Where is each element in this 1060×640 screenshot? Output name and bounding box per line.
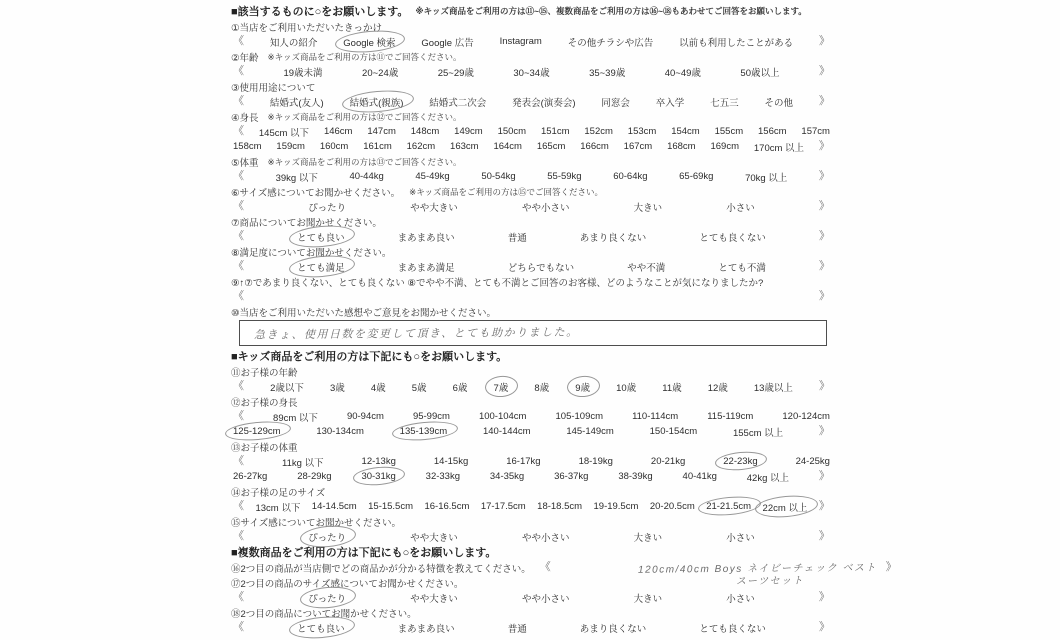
question-label: ⑩当店をご利用いただいた感想やご意見をお聞かせください。 — [231, 304, 832, 319]
option: 発表会(演奏会) — [512, 95, 575, 109]
option: 40~49歳 — [665, 65, 701, 79]
option: 11歳 — [662, 380, 681, 394]
option: ぴったり — [308, 200, 346, 214]
close-bracket: 》 — [819, 531, 830, 542]
question-text: ⑪お子様の年齢 — [231, 365, 298, 379]
close-bracket: 》 — [819, 592, 830, 603]
question-label: ⑨↑⑦であまり良くない、とても良くない ⑧でやや不満、とても不満とご回答のお客様… — [231, 274, 832, 289]
question-label: ⑤体重※キッズ商品をご利用の方は⑬でご回答ください。 — [231, 154, 832, 169]
option: 157cm — [801, 126, 830, 137]
options-row: 158cm159cm160cm161cm162cm163cm164cm165cm… — [231, 139, 832, 154]
question-text: ②年齢 — [231, 50, 259, 64]
section-header: ■該当するものに○をお願いします。※キッズ商品をご利用の方は⑪~⑮、複数商品をご… — [231, 3, 832, 19]
option: 146cm — [324, 126, 353, 137]
option: 167cm — [624, 141, 653, 152]
option-circled: とても良い — [297, 621, 345, 635]
question-text: ⑧満足度についてお聞かせください。 — [231, 245, 391, 259]
option: 151cm — [541, 126, 570, 137]
option: 12-13kg — [362, 456, 396, 467]
close-bracket: 》 — [819, 622, 830, 633]
question-text: ⑨↑⑦であまり良くない、とても良くない ⑧でやや不満、とても不満とご回答のお客様… — [231, 275, 763, 289]
option: 159cm — [276, 141, 305, 152]
question-text: ①当店をご利用いただいたきっかけ — [231, 20, 382, 34]
option: 163cm — [450, 141, 479, 152]
option: 162cm — [407, 141, 436, 152]
handwritten-answer: 120cm/40cm Boys ネイビーチェック ベスト — [560, 559, 877, 577]
option-circled: とても良い — [297, 230, 345, 244]
option: 130-134cm — [316, 426, 364, 437]
option: 90-94cm — [347, 411, 384, 422]
option: 150-154cm — [650, 426, 698, 437]
option: 158cm — [233, 141, 262, 152]
question-text: ⑫お子様の身長 — [231, 395, 298, 409]
close-bracket: 》 — [819, 231, 830, 242]
question-label: ⑪お子様の年齢 — [231, 364, 832, 379]
option: 155cm 以上 — [733, 425, 783, 439]
option: 161cm — [363, 141, 392, 152]
option: 16-16.5cm — [424, 501, 469, 512]
option: 25~29歳 — [438, 65, 474, 79]
option: 16-17kg — [506, 456, 540, 467]
option: どちらでもない — [508, 260, 574, 274]
option: 169cm — [710, 141, 739, 152]
option: まあまあ良い — [398, 621, 455, 635]
option: とても不満 — [718, 260, 766, 274]
option: 145cm 以下 — [259, 125, 309, 139]
option: 以前も利用したことがある — [679, 35, 793, 49]
close-bracket: 》 — [819, 381, 830, 392]
options-row: 《とても良いまあまあ良い普通あまり良くないとても良くない》 — [231, 620, 832, 635]
close-bracket: 》 — [819, 471, 830, 482]
option: 14-15kg — [434, 456, 468, 467]
close-bracket: 》 — [819, 261, 830, 272]
option: 35~39歳 — [589, 65, 625, 79]
option: 34-35kg — [490, 471, 524, 482]
question-note: ※キッズ商品をご利用の方は⑬でご回答ください。 — [268, 156, 462, 168]
option: 19-19.5cm — [594, 501, 639, 512]
option: 39kg 以下 — [276, 170, 318, 184]
option: 95-99cm — [413, 411, 450, 422]
option: 55-59kg — [547, 171, 581, 182]
option-circled: 7歳 — [493, 380, 508, 394]
option: 大きい — [634, 530, 663, 544]
option: 70kg 以上 — [745, 170, 787, 184]
option-circled: 30-31kg — [361, 471, 395, 482]
options-row: 《145cm 以下146cm147cm148cm149cm150cm151cm1… — [231, 124, 832, 139]
option: Instagram — [500, 36, 542, 47]
option-circled: 22-23kg — [723, 456, 757, 467]
question-label: ⑥サイズ感についてお聞かせください。※キッズ商品をご利用の方は⑮でご回答ください… — [231, 184, 832, 199]
question-text: ④身長 — [231, 110, 259, 124]
options-row: 26-27kg28-29kg30-31kg32-33kg34-35kg36-37… — [231, 469, 832, 484]
options-row: 《》 — [231, 289, 832, 304]
option-circled: ぴったり — [308, 591, 346, 605]
open-bracket: 《 — [233, 456, 244, 467]
option-circled: 22cm 以上 — [763, 500, 808, 514]
open-bracket: 《 — [233, 171, 244, 182]
option: 13歳以上 — [754, 380, 793, 394]
option: その他 — [765, 95, 794, 109]
option: 普通 — [508, 230, 527, 244]
option: 40-44kg — [349, 171, 383, 182]
open-bracket: 《 — [233, 501, 244, 512]
option: 小さい — [726, 200, 755, 214]
option: あまり良くない — [580, 621, 647, 635]
option: やや大きい — [410, 200, 458, 214]
question-label: ①当店をご利用いただいたきっかけ — [231, 19, 832, 34]
option: 170cm 以上 — [754, 140, 804, 154]
option: 110-114cm — [632, 411, 678, 422]
question-label: ⑭お子様の足のサイズ — [231, 484, 832, 499]
question-label: ⑮サイズ感についてお聞かせください。 — [231, 514, 832, 529]
option: とても良くない — [699, 230, 766, 244]
open-bracket: 《 — [233, 531, 244, 542]
comment-box: 急きょ、使用日数を変更して頂き、とても助かりました。 — [239, 320, 827, 346]
option: 38-39kg — [618, 471, 652, 482]
question-text: ⑤体重 — [231, 155, 259, 169]
close-bracket: 》 — [819, 171, 830, 182]
option-circled: 9歳 — [575, 380, 590, 394]
question-text: ⑱2つ目の商品についてお聞かせください。 — [231, 606, 417, 620]
option-circled: ぴったり — [308, 530, 346, 544]
close-bracket: 》 — [886, 562, 897, 573]
question-label: ④身長※キッズ商品をご利用の方は⑫でご回答ください。 — [231, 109, 832, 124]
option: まあまあ満足 — [398, 260, 455, 274]
option: 小さい — [726, 530, 755, 544]
question-note: ※キッズ商品をご利用の方は⑮でご回答ください。 — [409, 186, 603, 198]
section-header-text: ■複数商品をご利用の方は下記にも○をお願いします。 — [231, 544, 496, 560]
option: やや不満 — [627, 260, 665, 274]
option: その他チラシや広告 — [568, 35, 654, 49]
option: まあまあ良い — [398, 230, 455, 244]
section-header: ■複数商品をご利用の方は下記にも○をお願いします。 — [231, 544, 832, 560]
open-bracket: 《 — [233, 66, 244, 77]
option: 4歳 — [371, 380, 386, 394]
section-header: ■キッズ商品をご利用の方は下記にも○をお願いします。 — [231, 348, 832, 364]
question-text: ⑮サイズ感についてお聞かせください。 — [231, 515, 401, 529]
close-bracket: 》 — [819, 66, 830, 77]
option: 18-18.5cm — [537, 501, 582, 512]
option-circled: 21-21.5cm — [706, 501, 751, 512]
options-row: 《89cm 以下90-94cm95-99cm100-104cm105-109cm… — [231, 409, 832, 424]
option-circled: 135-139cm — [400, 426, 448, 437]
option: 60-64kg — [613, 171, 647, 182]
option-circled: Google 検索 — [343, 35, 395, 49]
open-bracket: 《 — [233, 36, 244, 47]
option: 知人の紹介 — [270, 35, 318, 49]
survey-sheet: ■該当するものに○をお願いします。※キッズ商品をご利用の方は⑪~⑮、複数商品をご… — [231, 3, 832, 635]
option: 18-19kg — [579, 456, 613, 467]
option: 結婚式二次会 — [429, 95, 486, 109]
option: やや小さい — [522, 591, 570, 605]
handwritten-answer-line2: スーツセット — [736, 572, 804, 588]
question-label: ⑦商品についてお聞かせください。 — [231, 214, 832, 229]
option: 同窓会 — [601, 95, 630, 109]
options-row: 《ぴったりやや大きいやや小さい大きい小さい》 — [231, 529, 832, 544]
option: 12歳 — [708, 380, 728, 394]
option: 89cm 以下 — [273, 410, 318, 424]
option: 結婚式(友人) — [270, 95, 324, 109]
option: 140-144cm — [483, 426, 531, 437]
option: とても良くない — [699, 621, 766, 635]
option: あまり良くない — [580, 230, 647, 244]
question-text: ⑰2つ目の商品のサイズ感についてお聞かせください。 — [231, 576, 463, 590]
close-bracket: 》 — [819, 501, 830, 512]
option-circled: 結婚式(親族) — [350, 95, 404, 109]
options-row: 《ぴったりやや大きいやや小さい大きい小さい》 — [231, 590, 832, 605]
option: 10歳 — [616, 380, 636, 394]
question-text: ⑩当店をご利用いただいた感想やご意見をお聞かせください。 — [231, 305, 496, 319]
option: 32-33kg — [426, 471, 460, 482]
close-bracket: 》 — [819, 426, 830, 437]
option: やや小さい — [522, 530, 570, 544]
option: やや小さい — [522, 200, 570, 214]
option: 14-14.5cm — [312, 501, 357, 512]
option: 147cm — [367, 126, 396, 137]
option: 20-21kg — [651, 456, 685, 467]
option: 42kg 以上 — [747, 470, 789, 484]
options-row: 《11kg 以下12-13kg14-15kg16-17kg18-19kg20-2… — [231, 454, 832, 469]
option: 20~24歳 — [362, 65, 398, 79]
options-row: 《とても満足まあまあ満足どちらでもないやや不満とても不満》 — [231, 259, 832, 274]
open-bracket: 《 — [233, 592, 244, 603]
option: 153cm — [628, 126, 657, 137]
option: 160cm — [320, 141, 349, 152]
option: 8歳 — [534, 380, 549, 394]
options-row: 《13cm 以下14-14.5cm15-15.5cm16-16.5cm17-17… — [231, 499, 832, 514]
option: 11kg 以下 — [282, 455, 324, 469]
option: 149cm — [454, 126, 483, 137]
options-row: 《19歳未満20~24歳25~29歳30~34歳35~39歳40~49歳50歳以… — [231, 64, 832, 79]
option: Google 広告 — [421, 35, 473, 49]
open-bracket: 《 — [233, 291, 244, 302]
question-text: ⑥サイズ感についてお聞かせください。 — [231, 185, 400, 199]
option: 大きい — [634, 591, 663, 605]
section-header-text: ■該当するものに○をお願いします。 — [231, 3, 408, 19]
option: 165cm — [537, 141, 566, 152]
close-bracket: 》 — [819, 291, 830, 302]
option: 156cm — [758, 126, 787, 137]
question-note: ※キッズ商品をご利用の方は⑪でご回答ください。 — [268, 51, 462, 63]
question-text: ⑬お子様の体重 — [231, 440, 298, 454]
option: 2歳以下 — [270, 380, 304, 394]
option: 150cm — [498, 126, 527, 137]
option-circled: 125-129cm — [233, 426, 281, 437]
question-label: ⑱2つ目の商品についてお聞かせください。 — [231, 605, 832, 620]
question-note: ※キッズ商品をご利用の方は⑫でご回答ください。 — [268, 111, 462, 123]
option: 100-104cm — [479, 411, 527, 422]
option: 166cm — [580, 141, 609, 152]
question-label: ⑫お子様の身長 — [231, 394, 832, 409]
question-label: ②年齢※キッズ商品をご利用の方は⑪でご回答ください。 — [231, 49, 832, 64]
question-text: ⑭お子様の足のサイズ — [231, 485, 325, 499]
option: 30~34歳 — [513, 65, 549, 79]
option: 65-69kg — [679, 171, 713, 182]
question-label: ③使用用途について — [231, 79, 832, 94]
option: 148cm — [411, 126, 440, 137]
option: やや大きい — [410, 530, 458, 544]
question-label: ⑬お子様の体重 — [231, 439, 832, 454]
close-bracket: 》 — [819, 201, 830, 212]
option: 50-54kg — [481, 171, 515, 182]
option: 大きい — [634, 200, 663, 214]
option: やや大きい — [410, 591, 458, 605]
open-bracket: 《 — [233, 381, 244, 392]
option: 154cm — [671, 126, 700, 137]
option: 3歳 — [330, 380, 345, 394]
open-bracket: 《 — [233, 201, 244, 212]
open-bracket: 《 — [540, 562, 551, 573]
option: 28-29kg — [297, 471, 331, 482]
option: 13cm 以下 — [255, 500, 300, 514]
section-header-note: ※キッズ商品をご利用の方は⑪~⑮、複数商品をご利用の方は⑯~⑱もあわせてご回答を… — [415, 5, 806, 17]
option: 15-15.5cm — [368, 501, 413, 512]
options-row: 《知人の紹介Google 検索Google 広告Instagramその他チラシや… — [231, 34, 832, 49]
option: 普通 — [508, 621, 527, 635]
section-header-text: ■キッズ商品をご利用の方は下記にも○をお願いします。 — [231, 348, 507, 364]
option: 152cm — [584, 126, 613, 137]
option: 小さい — [726, 591, 755, 605]
open-bracket: 《 — [233, 411, 244, 422]
option: 155cm — [715, 126, 744, 137]
option: 26-27kg — [233, 471, 267, 482]
open-bracket: 《 — [233, 96, 244, 107]
options-row: 125-129cm130-134cm135-139cm140-144cm145-… — [231, 424, 832, 439]
open-bracket: 《 — [233, 261, 244, 272]
options-row: 《とても良いまあまあ良い普通あまり良くないとても良くない》 — [231, 229, 832, 244]
open-bracket: 《 — [233, 126, 244, 137]
open-bracket: 《 — [233, 231, 244, 242]
options-row: 《39kg 以下40-44kg45-49kg50-54kg55-59kg60-6… — [231, 169, 832, 184]
option-circled: とても満足 — [297, 260, 345, 274]
option: 七五三 — [710, 95, 739, 109]
close-bracket: 》 — [819, 141, 830, 152]
option: 6歳 — [453, 380, 468, 394]
handwritten-comment: 急きょ、使用日数を変更して頂き、とても助かりました。 — [254, 324, 579, 343]
scanned-survey-page: ■該当するものに○をお願いします。※キッズ商品をご利用の方は⑪~⑮、複数商品をご… — [0, 0, 1060, 640]
question-text: ⑦商品についてお聞かせください。 — [231, 215, 382, 229]
close-bracket: 》 — [819, 36, 830, 47]
question-label: ⑧満足度についてお聞かせください。 — [231, 244, 832, 259]
option: 17-17.5cm — [481, 501, 526, 512]
option: 50歳以上 — [740, 65, 779, 79]
option: 115-119cm — [707, 411, 753, 422]
option: 145-149cm — [566, 426, 614, 437]
option: 36-37kg — [554, 471, 588, 482]
options-row: 《結婚式(友人)結婚式(親族)結婚式二次会発表会(演奏会)同窓会卒入学七五三その… — [231, 94, 832, 109]
options-row: 《ぴったりやや大きいやや小さい大きい小さい》 — [231, 199, 832, 214]
option: 40-41kg — [683, 471, 717, 482]
option: 24-25kg — [796, 456, 830, 467]
option: 164cm — [493, 141, 522, 152]
option: 卒入学 — [656, 95, 685, 109]
option: 5歳 — [412, 380, 427, 394]
option: 105-109cm — [556, 411, 604, 422]
option: 20-20.5cm — [650, 501, 695, 512]
option: 168cm — [667, 141, 696, 152]
open-bracket: 《 — [233, 622, 244, 633]
close-bracket: 》 — [819, 96, 830, 107]
question-text: ③使用用途について — [231, 80, 315, 94]
option: 120-124cm — [782, 411, 830, 422]
option: 45-49kg — [415, 171, 449, 182]
option: 19歳未満 — [283, 65, 322, 79]
question-text: ⑯2つ目の商品が当店側でどの商品かが分かる特徴を教えてください。 — [231, 561, 531, 575]
options-row: 《2歳以下3歳4歳5歳6歳7歳8歳9歳10歳11歳12歳13歳以上》 — [231, 379, 832, 394]
